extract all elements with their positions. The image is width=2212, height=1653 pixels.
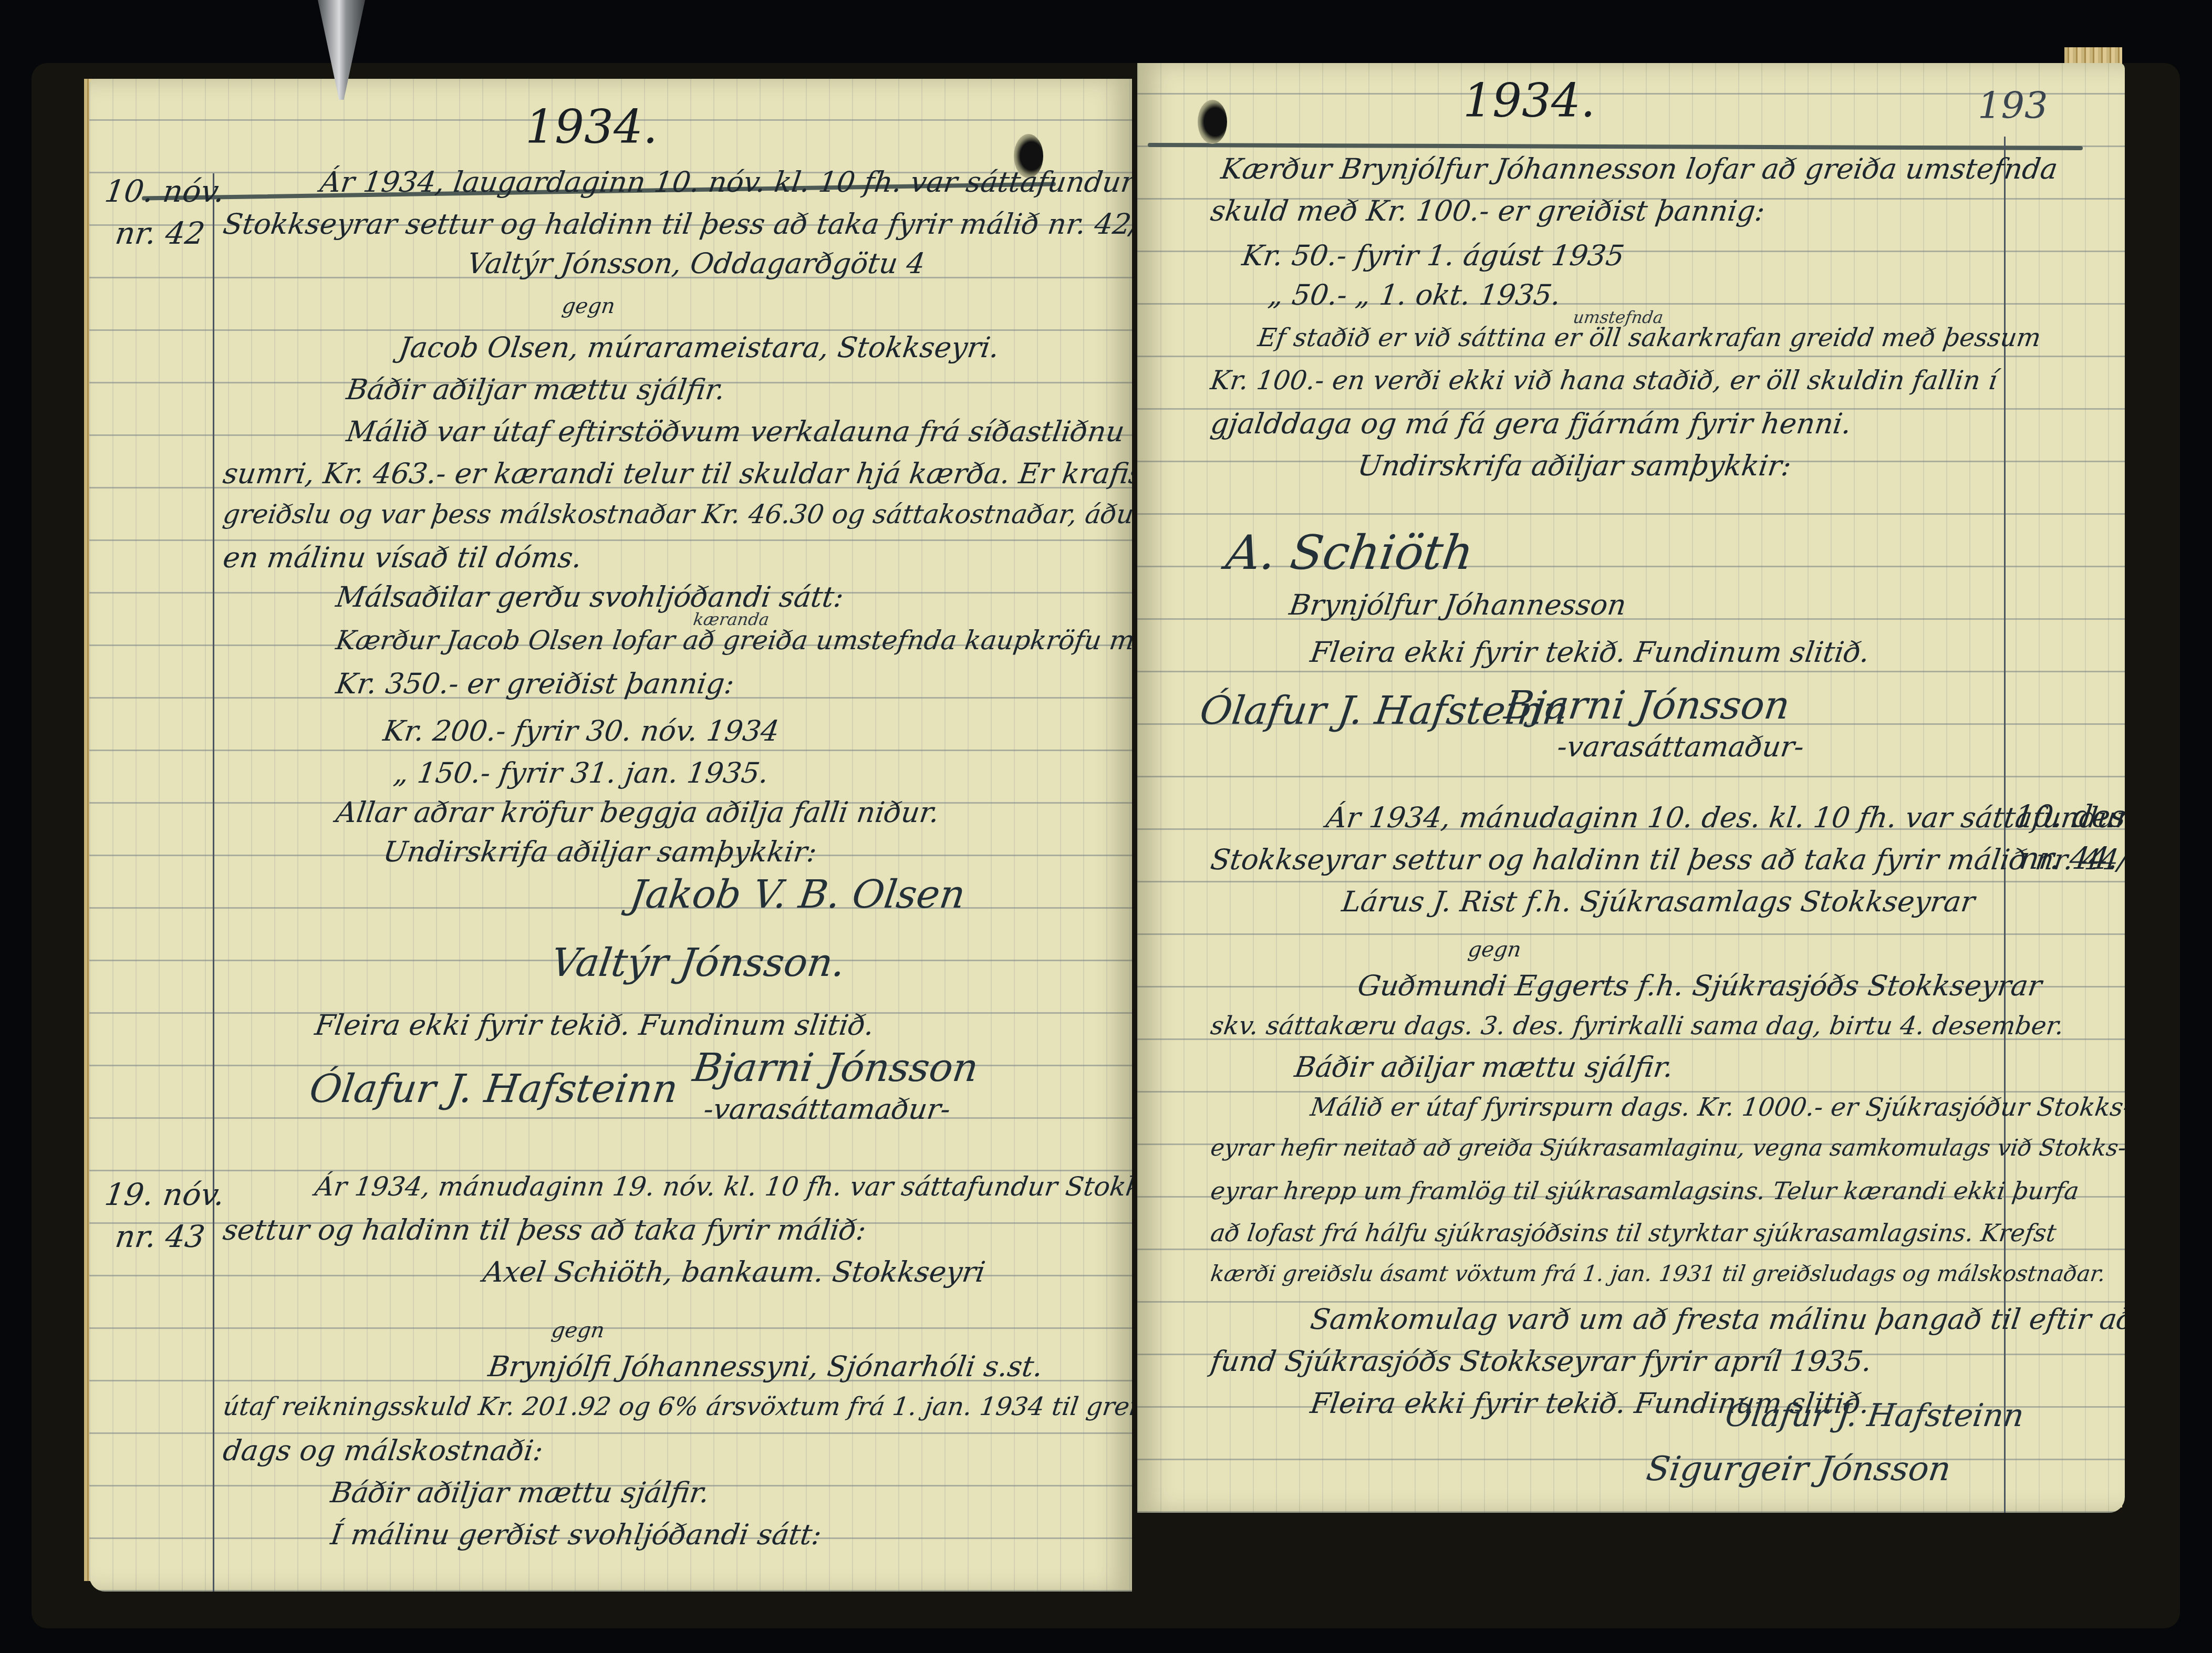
entry-line: Jacob Olsen, múrarameistara, Stokkseyri. bbox=[397, 331, 1002, 364]
signature-defendant: Jakob V. B. Olsen bbox=[627, 872, 968, 917]
entry-line: Stokkseyrar settur og haldinn til þess a… bbox=[1209, 843, 2125, 876]
entry-line: fund Sjúkrasjóðs Stokkseyrar fyrir apríl… bbox=[1209, 1345, 1874, 1378]
entry-line: eyrar hrepp um framlög til sjúkrasamlags… bbox=[1209, 1177, 2081, 1205]
entry-line: Valtýr Jónsson, Oddagarðgötu 4 bbox=[465, 247, 927, 280]
signature-official: Ólafur J. Hafsteinn bbox=[1723, 1397, 2026, 1434]
entry-line: gegn bbox=[550, 1318, 606, 1343]
entry-line: Undirskrifa aðiljar samþykkir: bbox=[381, 835, 819, 868]
margin-rule bbox=[213, 173, 214, 1592]
entry-line: greiðslu og var þess málskostnaðar Kr. 4… bbox=[221, 499, 1132, 529]
page-number: 193 bbox=[1978, 84, 2048, 127]
entry-line: „ 150.- fyrir 31. jan. 1935. bbox=[392, 756, 771, 789]
year-heading: 1934. bbox=[525, 100, 658, 154]
entry-line: „ 50.- „ 1. okt. 1935. bbox=[1266, 278, 1563, 311]
header-rule bbox=[1148, 143, 2083, 150]
entry-line: kærði greiðslu ásamt vöxtum frá 1. jan. … bbox=[1209, 1261, 2107, 1286]
entry-line: Kærður Jacob Olsen lofar að greiða umste… bbox=[334, 625, 1132, 656]
entry-line: Ár 1934, mánudaginn 10. des. kl. 10 fh. … bbox=[1324, 801, 2125, 834]
entry-line: eyrar hefir neitað að greiða Sjúkrasamla… bbox=[1209, 1135, 2125, 1161]
entry-line: Undirskrifa aðiljar samþykkir: bbox=[1356, 449, 1794, 482]
entry-line: Báðir aðiljar mættu sjálfir. bbox=[329, 1476, 712, 1509]
entry-line: gegn bbox=[560, 294, 617, 318]
entry-line: Brynjólfi Jóhannessyni, Sjónarhóli s.st. bbox=[486, 1350, 1045, 1383]
closing-line: Fleira ekki fyrir tekið. Fundinum slitið… bbox=[1308, 636, 1872, 669]
entry-line: en málinu vísað til dóms. bbox=[221, 541, 584, 574]
entry-line: Kr. 200.- fyrir 30. nóv. 1934 bbox=[381, 714, 782, 747]
margin-case: nr. 43 bbox=[113, 1219, 207, 1254]
entry-line: gegn bbox=[1467, 938, 1523, 962]
entry-line: skv. sáttakæru dags. 3. des. fyrirkalli … bbox=[1209, 1011, 2066, 1041]
year-heading: 1934. bbox=[1463, 74, 1595, 128]
entry-line: Samkomulag varð um að fresta málinu þang… bbox=[1308, 1303, 2125, 1336]
entry-line: Kr. 350.- er greiðist þannig: bbox=[334, 667, 736, 700]
entry-line: Ef staðið er við sáttina er öll sakarkra… bbox=[1256, 323, 2043, 352]
entry-line: Lárus J. Rist f.h. Sjúkrasamlags Stokkse… bbox=[1340, 885, 1977, 918]
punch-hole bbox=[1198, 100, 1227, 144]
entry-line: dags og málskostnaði: bbox=[221, 1434, 545, 1467]
entry-line: Stokkseyrar settur og haldinn til þess a… bbox=[221, 207, 1132, 241]
entry-line: Málið var útaf eftirstöðvum verkalauna f… bbox=[345, 415, 1127, 448]
entry-line: Báðir aðiljar mættu sjálfir. bbox=[1293, 1051, 1676, 1084]
margin-date: 19. nóv. bbox=[102, 1177, 227, 1212]
entry-line: Kærður Brynjólfur Jóhannesson lofar að g… bbox=[1219, 152, 2060, 185]
entry-line: Kr. 100.- en verði ekki við hana staðið,… bbox=[1209, 365, 1999, 396]
signature-official: Ólafur J. Hafsteinn bbox=[307, 1066, 681, 1111]
margin-date: 10. nóv. bbox=[102, 173, 227, 209]
entry-line: Málsaðilar gerðu svohljóðandi sátt: bbox=[334, 580, 846, 614]
entry-line: skuld með Kr. 100.- er greiðist þannig: bbox=[1209, 194, 1767, 227]
entry-line: Í málinu gerðist svohljóðandi sátt: bbox=[329, 1518, 824, 1551]
entry-line: Málið er útaf fyrirspurn dags. Kr. 1000.… bbox=[1308, 1093, 2125, 1122]
signature-official: Sigurgeir Jónsson bbox=[1644, 1450, 1954, 1489]
entry-line: Guðmundi Eggerts f.h. Sjúkrasjóðs Stokks… bbox=[1356, 969, 2044, 1002]
left-page: 1934. 10. nóv. nr. 42 Ár 1934, laugardag… bbox=[89, 79, 1132, 1592]
entry-line: að lofast frá hálfu sjúkrasjóðsins til s… bbox=[1209, 1219, 2058, 1247]
signature-plaintiff: Valtýr Jónsson. bbox=[548, 940, 848, 985]
entry-line: Báðir aðiljar mættu sjálfir. bbox=[345, 373, 728, 406]
official-title: -varasáttamaður- bbox=[702, 1093, 953, 1126]
entry-line: Axel Schiöth, bankaum. Stokkseyri bbox=[481, 1255, 988, 1288]
entry-line: sumri, Kr. 463.- er kærandi telur til sk… bbox=[221, 457, 1132, 490]
entry-line: Allar aðrar kröfur beggja aðilja falli n… bbox=[334, 796, 942, 829]
signature-plaintiff: A. Schiöth bbox=[1223, 525, 1477, 580]
signature-official: Bjarni Jónsson bbox=[1502, 683, 1793, 728]
signature-official: Bjarni Jónsson bbox=[690, 1045, 981, 1090]
official-title: -varasáttamaður- bbox=[1555, 730, 1806, 763]
margin-case: nr. 42 bbox=[113, 215, 207, 251]
entry-line: útaf reikningsskuld Kr. 201.92 og 6% árs… bbox=[221, 1392, 1132, 1421]
entry-line: gjalddaga og má fá gera fjárnám fyrir he… bbox=[1209, 407, 1854, 440]
entry-line: Ár 1934, laugardaginn 10. nóv. kl. 10 fh… bbox=[318, 165, 1132, 199]
entry-line: Kr. 50.- fyrir 1. ágúst 1935 bbox=[1240, 239, 1626, 272]
signature-defendant: Brynjólfur Jóhannesson bbox=[1287, 588, 1628, 621]
entry-line: settur og haldinn til þess að taka fyrir… bbox=[221, 1213, 868, 1246]
entry-line: Ár 1934, mánudaginn 19. nóv. kl. 10 fh. … bbox=[313, 1171, 1132, 1202]
closing-line: Fleira ekki fyrir tekið. Fundinum slitið… bbox=[313, 1009, 877, 1042]
right-page: 1934. 193 Kærður Brynjólfur Jóhannesson … bbox=[1137, 63, 2125, 1513]
